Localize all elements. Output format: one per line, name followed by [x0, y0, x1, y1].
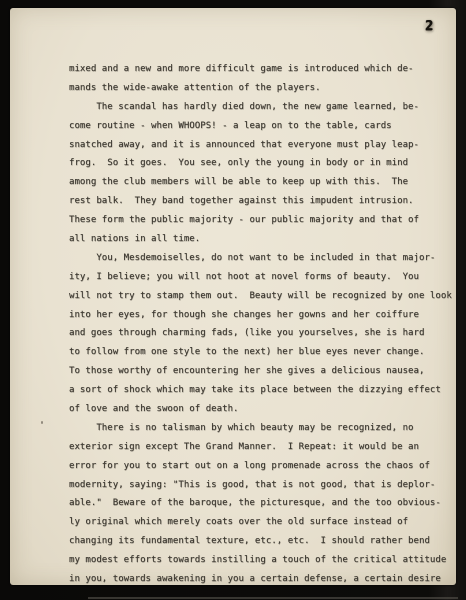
typed-line: to follow from one style to the next) he…	[69, 343, 464, 362]
typed-line: snatched away, and it is announced that …	[69, 136, 464, 155]
typed-line: of love and the swoon of death.	[69, 400, 464, 419]
typed-line: and goes through charming fads, (like yo…	[69, 324, 464, 343]
typed-line: The scandal has hardly died down, the ne…	[69, 98, 464, 117]
typed-line: a sort of shock which may take its place…	[69, 381, 464, 400]
typed-line: into her eyes, for though she changes he…	[69, 306, 464, 325]
typed-line: come routine - when WHOOPS! - a leap on …	[69, 117, 464, 136]
typed-line: ly original which merely coats over the …	[69, 513, 464, 532]
ink-speck	[41, 421, 43, 424]
typed-line: exterior sign except The Grand Manner. I…	[69, 438, 464, 457]
typewritten-page: 2 mixed and a new and more difficult gam…	[10, 8, 456, 585]
typed-line: changing its fundamental texture, etc., …	[69, 532, 464, 551]
typed-line: ity, I believe; you will not hoot at nov…	[69, 268, 464, 287]
typed-line: You, Mesdemoiselles, do not want to be i…	[69, 249, 464, 268]
typed-line: in you, towards awakening in you a certa…	[69, 570, 464, 589]
typed-line: mands the wide-awake attention of the pl…	[69, 79, 464, 98]
typed-line: all nations in all time.	[69, 230, 464, 249]
typed-line: error for you to start out on a long pro…	[69, 457, 464, 476]
typed-line: To those worthy of encountering her she …	[69, 362, 464, 381]
typed-line: my modest efforts towards instilling a t…	[69, 551, 464, 570]
typed-line: mixed and a new and more difficult game …	[69, 60, 464, 79]
typed-line: rest balk. They band together against th…	[69, 192, 464, 211]
typed-line: There is no talisman by which beauty may…	[69, 419, 464, 438]
typed-text-block: mixed and a new and more difficult game …	[69, 60, 464, 589]
typed-line: frog. So it goes. You see, only the youn…	[69, 154, 464, 173]
typed-line: among the club members will be able to k…	[69, 173, 464, 192]
typed-line: These form the public majority - our pub…	[69, 211, 464, 230]
page-number: 2	[422, 18, 436, 35]
photo-frame-bottom-edge	[88, 597, 458, 599]
typed-line: modernity, saying: "This is good, that i…	[69, 476, 464, 495]
photo-background: 2 mixed and a new and more difficult gam…	[0, 0, 466, 600]
typed-line: able." Beware of the baroque, the pictur…	[69, 494, 464, 513]
typed-line: will not try to stamp them out. Beauty w…	[69, 287, 464, 306]
